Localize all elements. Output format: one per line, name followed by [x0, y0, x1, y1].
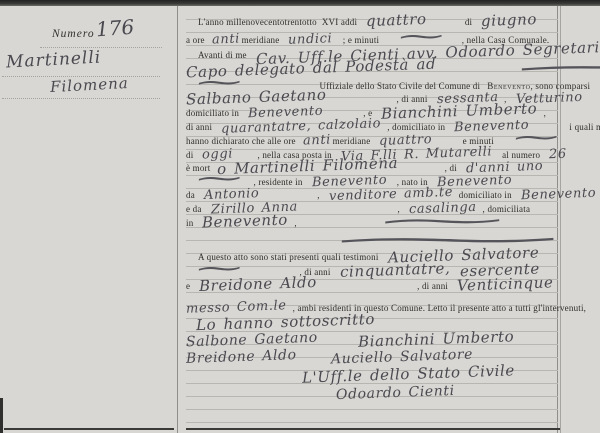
printed-text: L'anno millenovecentotrentotto	[198, 17, 317, 27]
printed-text: di	[465, 17, 472, 27]
act-line-12: ~ , residente in Benevento , nato in Ben…	[186, 174, 564, 187]
margin-deceased-surname: Martinelli	[6, 48, 102, 73]
printed-text: , residente in	[254, 177, 303, 187]
handwritten-text: Venticinque	[457, 276, 554, 292]
handwritten-text: anti	[212, 33, 240, 47]
printed-text: meridiane	[242, 35, 280, 45]
act-line-22-signatures: Salbone Gaetano Bianchini Umberto	[186, 333, 564, 346]
printed-text: , di anni	[417, 281, 448, 291]
act-line-25: Odoardo Cienti	[186, 386, 564, 399]
numero-label: Numero	[52, 28, 95, 40]
printed-text: domiciliato in	[186, 108, 239, 118]
handwritten-text: anti	[303, 134, 331, 148]
handwritten-father-name: Antonio	[204, 187, 260, 202]
printed-text: in	[186, 218, 193, 228]
handwritten-text: Lo hanno sottoscritto	[196, 313, 375, 332]
printed-text: , di	[445, 163, 457, 173]
margin-column: Numero 176 Martinelli Filomena	[0, 6, 177, 427]
signature-officer: Odoardo Cienti	[336, 385, 455, 402]
handwritten-witness-2: Breidone Aldo	[199, 276, 317, 293]
printed-text: , domiciliato in	[387, 122, 445, 132]
printed-text: i quali mi	[569, 122, 600, 132]
act-line-24: L'Uff.le dello Stato Civile	[186, 368, 564, 381]
act-line-13: da Antonio , venditore amb.tedomiciliato…	[186, 187, 564, 200]
act-body: L'anno millenovecentotrentottoXVI addì q…	[186, 6, 558, 427]
handwritten-text: Benevento	[521, 187, 597, 203]
scan-edge-bottom	[4, 428, 174, 430]
column-divider-line	[177, 6, 178, 433]
handwritten-text: undici	[288, 32, 333, 47]
scan-edge-bottom	[186, 428, 560, 430]
act-line-1: L'anno millenovecentotrentottoXVI addì q…	[186, 14, 564, 27]
printed-text: Uffiziale dello Stato Civile del Comune …	[320, 81, 481, 91]
printed-text: ; e minuti	[343, 35, 380, 45]
margin-rule	[2, 98, 160, 99]
handwritten-text: giugno	[481, 13, 537, 28]
handwritten-text: cinquantatre,	[339, 262, 450, 279]
printed-text: ,	[294, 218, 296, 228]
handwritten-text: Benevento	[202, 214, 288, 230]
act-line-20: messo Com.le, ambi residenti in questo C…	[186, 300, 564, 313]
numero-value: 176	[95, 15, 135, 42]
printed-text: e	[186, 281, 190, 291]
printed-text: ,	[317, 190, 319, 200]
printed-text: da	[186, 190, 195, 200]
printed-text: domiciliato in	[459, 190, 512, 200]
printed-text: a ore	[186, 35, 205, 45]
signature-declarant-2: Bianchini Umberto	[358, 330, 515, 348]
printed-text: XVI addì	[322, 17, 357, 27]
printed-text: di	[186, 150, 193, 160]
officer-title: L'Uff.le dello Stato Civile	[302, 364, 515, 384]
signature-witness-2: Breidone Aldo	[186, 349, 297, 366]
act-line-19: e Breidone Aldo , di anni Venticinque	[186, 278, 564, 291]
signature-declarant-1: Salbone Gaetano	[186, 332, 318, 350]
margin-deceased-givenname: Filomena	[50, 74, 130, 96]
printed-text: ,	[544, 108, 546, 118]
printed-text: Avanti di me	[198, 50, 247, 60]
printed-text: di anni	[186, 122, 212, 132]
margin-rule	[40, 47, 162, 48]
